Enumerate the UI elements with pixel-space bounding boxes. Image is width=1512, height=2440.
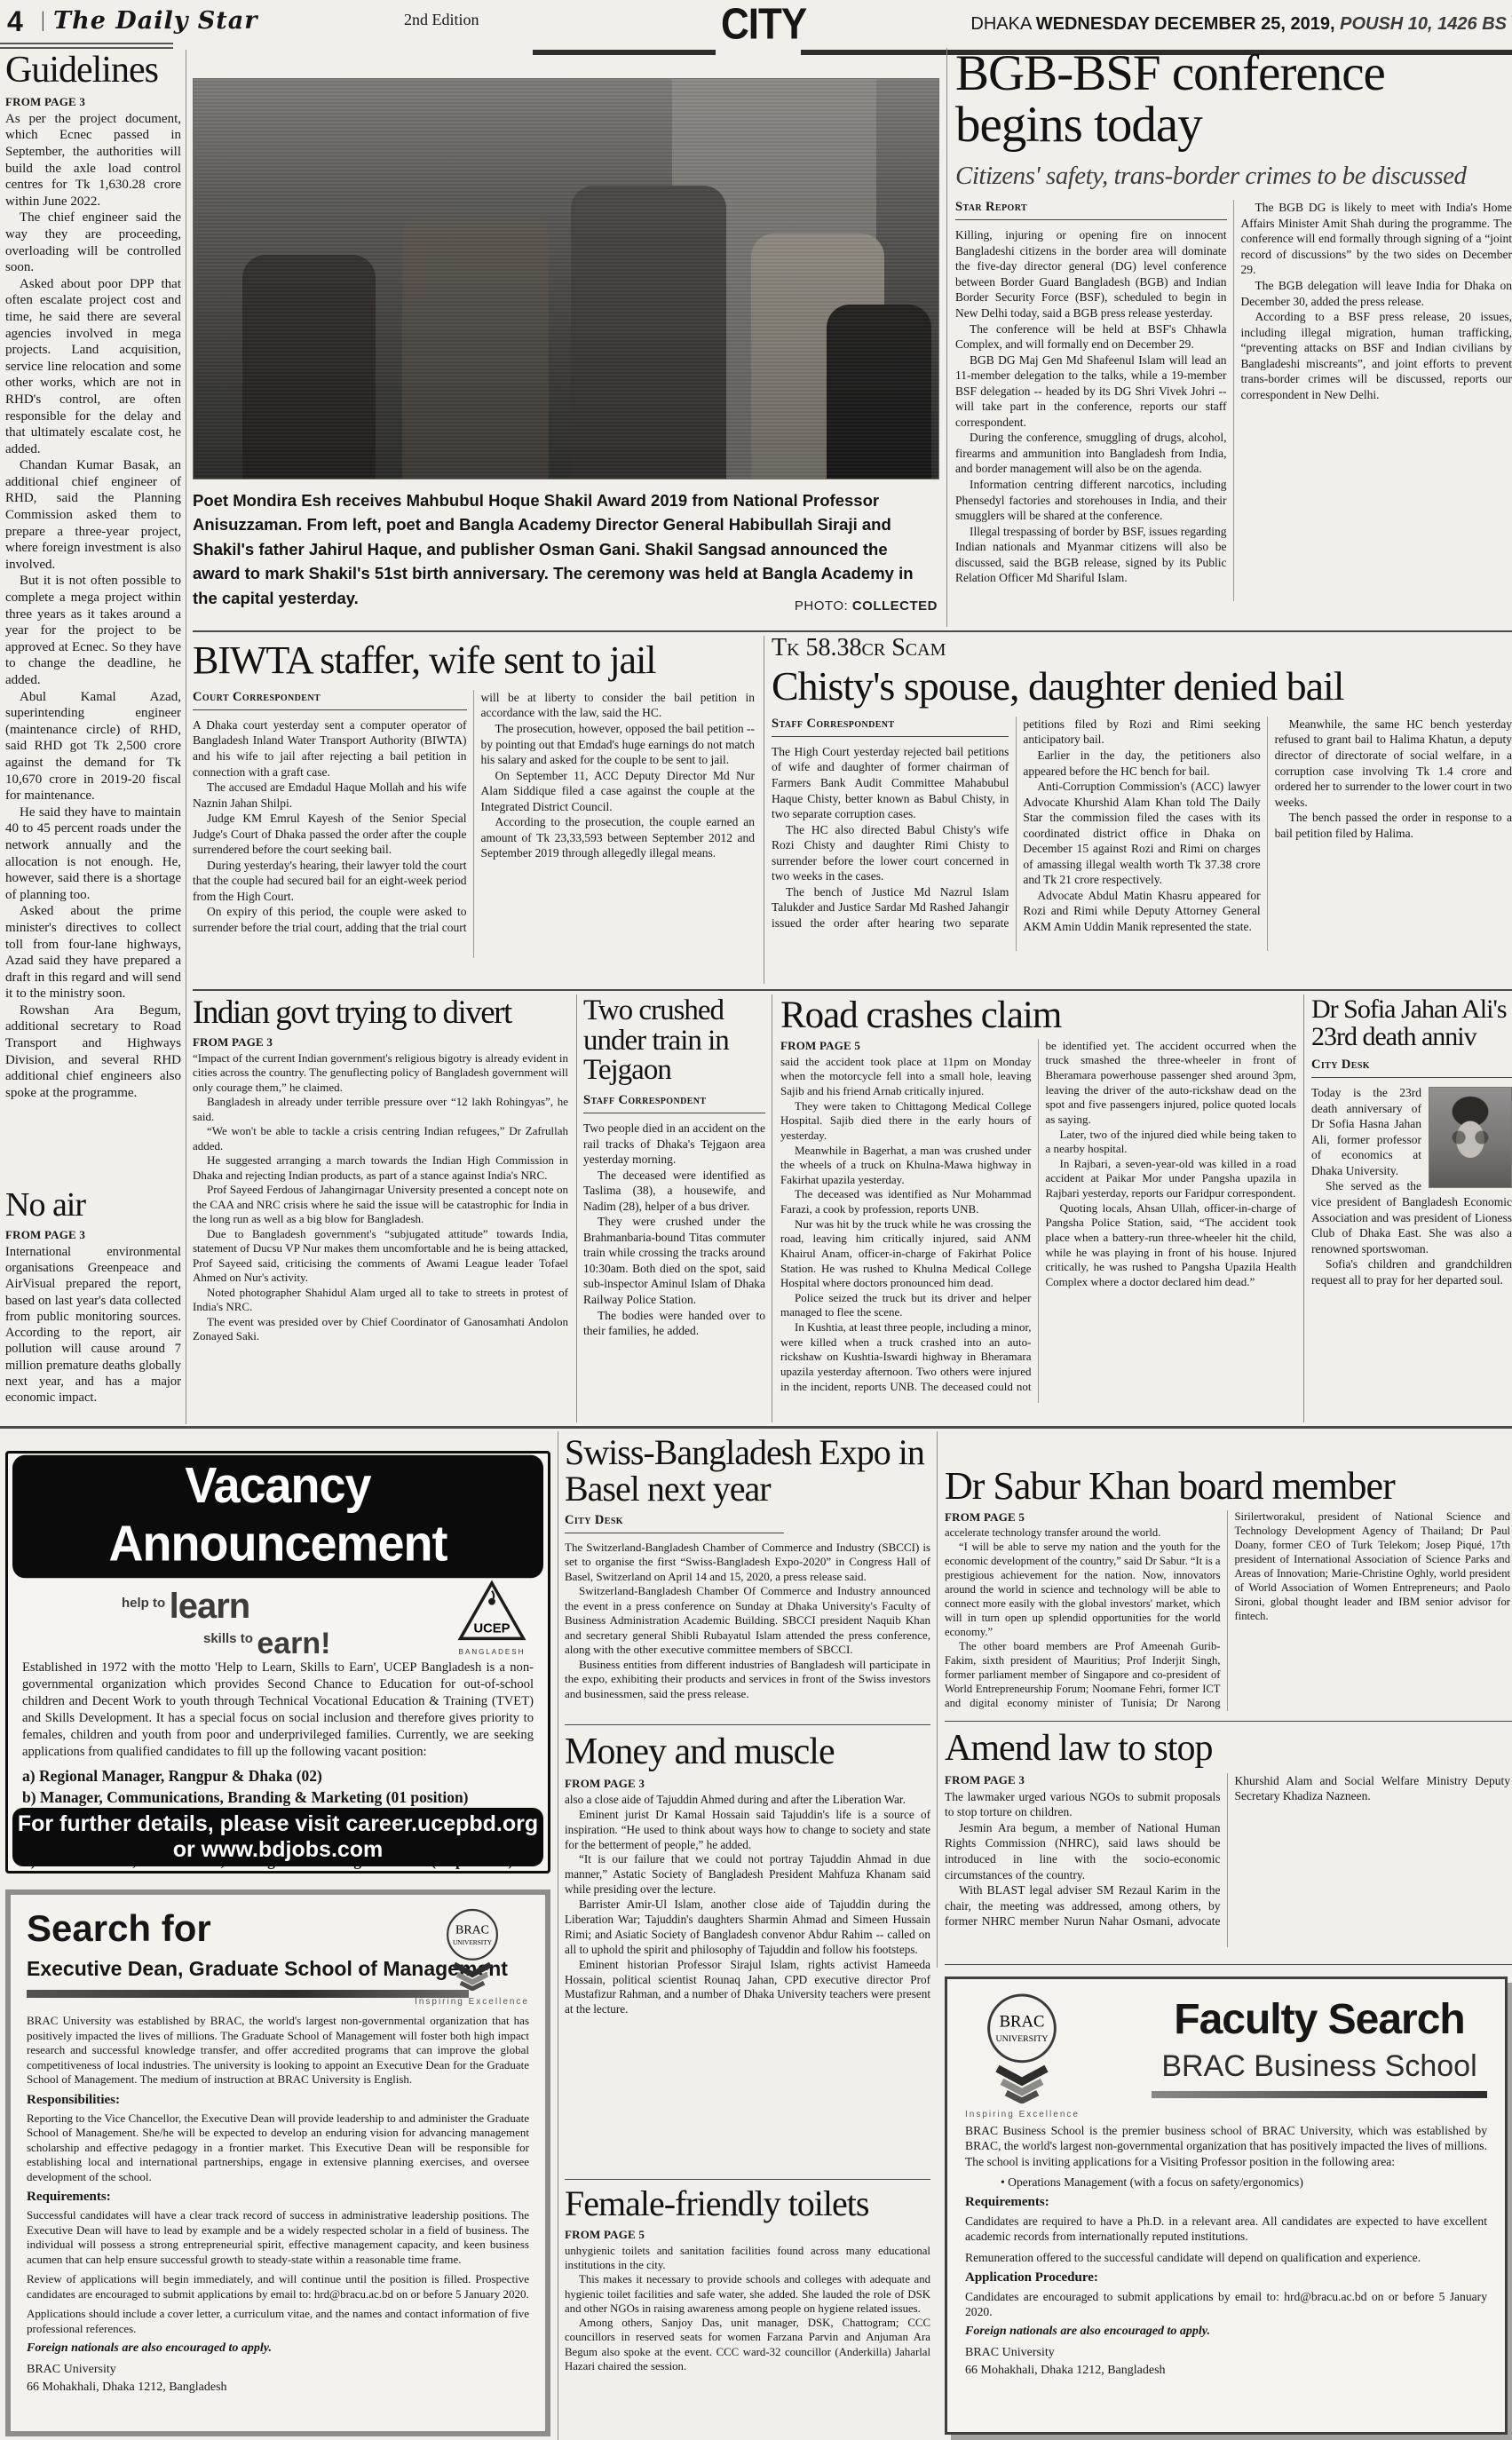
article-body: Two people died in an accident on the ra… <box>583 1121 765 1339</box>
article-female-toilets: Female-friendly toilets FROM PAGE 5 unhy… <box>565 2186 930 2438</box>
article-road-crashes: Road crashes claim FROM PAGE 5 said the … <box>780 996 1296 1421</box>
paragraph: The bodies were handed over to their fam… <box>583 1308 765 1339</box>
paragraph: According to a BSF press release, 20 iss… <box>1241 309 1512 402</box>
ad-title: Faculty Search <box>1152 1995 1487 2044</box>
paragraph: Judge KM Emrul Kayesh of the Senior Spec… <box>193 811 467 858</box>
article-no-air: No air FROM PAGE 3 International environ… <box>5 1188 181 1419</box>
brac-university-logo: BRAC UNIVERSITY Inspiring Excellence <box>415 1907 529 2007</box>
masthead-rule <box>0 43 173 49</box>
section-rule <box>193 989 1512 991</box>
paragraph: said the accident took place at 11pm on … <box>780 1055 1032 1099</box>
article-bgb-bsf: BGB-BSF conference begins today Citizens… <box>955 48 1512 627</box>
paragraph: During the conference, smuggling of drug… <box>955 430 1227 477</box>
paragraph: Asked about the prime minister's directi… <box>5 903 181 1002</box>
paragraph: Advocate Abdul Matin Khasru appeared for… <box>1023 888 1260 935</box>
ad-paragraph: Candidates are required to have a Ph.D. … <box>965 2214 1487 2245</box>
paragraph: She served as the vice president of Bang… <box>1311 1178 1512 1256</box>
paragraph-list: accelerate technology transfer around th… <box>945 1510 1510 1711</box>
paragraph: He said they have to maintain 40 to 45 p… <box>5 804 181 904</box>
paragraph: Eminent historian Professor Sirajul Isla… <box>565 1958 930 2018</box>
masthead-divider: | <box>41 9 45 33</box>
logo-text: skills to <box>203 1631 253 1646</box>
paragraph: The Switzerland-Bangladesh Chamber of Co… <box>565 1541 930 1585</box>
section-rule-left <box>533 50 716 55</box>
article-body: Star Report Killing, injuring or opening… <box>955 200 1512 601</box>
logo-text: earn! <box>257 1627 330 1660</box>
paragraph-list: The High Court yesterday rejected bail p… <box>772 717 1512 951</box>
article-body: FROM PAGE 5 accelerate technology transf… <box>945 1510 1510 1711</box>
ad-logo-row: help to learn skills to earn! UCEP BANGL… <box>24 1580 532 1656</box>
ucep-vacancy-ad: Vacancy Announcement help to learn skill… <box>5 1451 550 1874</box>
frompage-label: FROM PAGE 3 <box>945 1773 1221 1787</box>
caption-text: Poet Mondira Esh receives Mahbubul Hoque… <box>193 491 914 607</box>
paragraph: The event was presided over by Chief Coo… <box>193 1315 568 1344</box>
ad-header: BRAC UNIVERSITY Inspiring Excellence Fac… <box>965 1990 1487 2123</box>
paragraph: The accused are Emdadul Haque Mollah and… <box>193 780 467 811</box>
section-rule <box>0 1426 1512 1429</box>
paragraph: Anti-Corruption Commission's (ACC) lawye… <box>1023 779 1260 888</box>
paragraph: Sofia's children and grandchildren reque… <box>1311 1256 1512 1287</box>
brac-university-logo: BRAC UNIVERSITY Inspiring Excellence <box>965 1992 1080 2119</box>
photo-credit-value: COLLECTED <box>852 598 938 614</box>
headline: Money and muscle <box>565 1733 930 1771</box>
article-body: FROM PAGE 3 The lawmaker urged various N… <box>945 1773 1510 1947</box>
article-body: Court Correspondent A Dhaka court yester… <box>193 690 755 958</box>
column-rule <box>186 50 186 1424</box>
subheadline: Citizens' safety, trans-border crimes to… <box>955 162 1512 191</box>
brac-logo-tagline: Inspiring Excellence <box>415 1997 529 2007</box>
brac-dean-ad: Search for Executive Dean, Graduate Scho… <box>5 1889 550 2436</box>
ad-paragraph: Reporting to the Vice Chancellor, the Ex… <box>27 2111 529 2185</box>
section-rule <box>945 1721 1512 1722</box>
paragraph: Killing, injuring or opening fire on inn… <box>955 227 1227 321</box>
paragraph: The BGB DG is likely to meet with India'… <box>1241 200 1512 278</box>
byline: Staff Correspondent <box>583 1093 765 1113</box>
article-two-crushed: Two crushed under train in Tejgaon Staff… <box>583 996 765 1421</box>
headline: Dr Sabur Khan board member <box>945 1467 1510 1507</box>
ad-body: BRAC University was established by BRAC,… <box>27 2014 529 2396</box>
ad-heading: Requirements: <box>965 2195 1487 2210</box>
headline: Dr Sofia Jahan Ali's 23rd death anniv <box>1311 996 1512 1050</box>
paragraph: Noted photographer Shahidul Alam urged a… <box>193 1286 568 1315</box>
column-rule <box>946 48 947 627</box>
paragraph: “Impact of the current Indian government… <box>193 1051 568 1096</box>
ad-divider-bar <box>1152 2091 1487 2098</box>
headline: Two crushed under train in Tejgaon <box>583 996 765 1086</box>
paragraph: According to the prosecution, the couple… <box>481 814 756 861</box>
headline: Female-friendly toilets <box>565 2186 930 2222</box>
paragraph: The High Court yesterday rejected bail p… <box>772 744 1009 822</box>
ad-header: Search for Executive Dean, Graduate Scho… <box>27 1907 529 2014</box>
article-body: As per the project document, which Ecnec… <box>5 111 181 1102</box>
paragraph: Eminent jurist Dr Kamal Hossain said Taj… <box>565 1808 930 1853</box>
column-rule <box>937 1431 938 1968</box>
paragraph: Quoting locals, Ahsan Ullah, officer-in-… <box>1046 1201 1297 1290</box>
paragraph: Meanwhile, the same HC bench yesterday r… <box>1275 717 1512 810</box>
paragraph: Prof Sayeed Ferdous of Jahangirnagar Uni… <box>193 1183 568 1227</box>
paragraph: But it is not often possible to complete… <box>5 573 181 688</box>
ucep-triangle-icon: UCEP <box>457 1580 526 1644</box>
ucep-logo-subtext: BANGLADESH <box>457 1648 526 1656</box>
paragraph: “It is our failure that we could not por… <box>565 1852 930 1897</box>
article-guidelines: Guidelines FROM PAGE 3 As per the projec… <box>5 51 181 1176</box>
paragraph: The deceased was identified as Nur Moham… <box>780 1187 1032 1216</box>
frompage-label: FROM PAGE 3 <box>5 1228 181 1242</box>
column-rule <box>764 636 764 984</box>
paragraph: The BGB delegation will leave India for … <box>1241 278 1512 309</box>
ad-paragraph: Review of applications will begin immedi… <box>27 2272 529 2301</box>
byline: Star Report <box>955 200 1227 220</box>
paragraph-list: Killing, injuring or opening fire on inn… <box>955 200 1512 601</box>
paragraph: The HC also directed Babul Chisty's wife… <box>772 822 1009 884</box>
foreign-nationals-note: Foreign nationals are also encouraged to… <box>965 2325 1487 2339</box>
paragraph: “We won't be able to tackle a crisis cen… <box>193 1124 568 1153</box>
byline: City Desk <box>565 1513 784 1533</box>
paragraph: Illegal trespassing of border by BSF, is… <box>955 524 1227 586</box>
ad-divider-bar <box>27 1990 469 1998</box>
article-body: “Impact of the current Indian government… <box>193 1051 568 1344</box>
ad-paragraph: BRAC University was established by BRAC,… <box>27 2014 529 2087</box>
column-rule <box>558 1431 558 2440</box>
svg-text:BRAC: BRAC <box>455 1923 489 1937</box>
article-indian-govt: Indian govt trying to divert FROM PAGE 3… <box>193 996 568 1421</box>
article-body: Staff Correspondent The High Court yeste… <box>772 717 1512 951</box>
headline: Road crashes claim <box>780 996 1296 1035</box>
byline: Staff Correspondent <box>772 717 1009 737</box>
paragraph: He suggested arranging a march towards t… <box>193 1153 568 1183</box>
photo-credit: PHOTO: COLLECTED <box>795 597 938 616</box>
headline: BIWTA staffer, wife sent to jail <box>193 641 755 681</box>
headline: Swiss-Bangladesh Expo in Basel next year <box>565 1435 930 1508</box>
brac-faculty-ad: BRAC UNIVERSITY Inspiring Excellence Fac… <box>945 1977 1508 2435</box>
paragraph: Information centring different narcotics… <box>955 477 1227 524</box>
ad-subtitle: BRAC Business School <box>1152 2049 1487 2084</box>
ad-heading: Requirements: <box>27 2190 529 2205</box>
paragraph: The prosecution, however, opposed the ba… <box>481 721 756 768</box>
paragraph: also a close aide of Tajuddin Ahmed duri… <box>565 1793 930 1808</box>
paragraph: They were taken to Chittagong Medical Co… <box>780 1099 1032 1144</box>
svg-text:UNIVERSITY: UNIVERSITY <box>453 1938 493 1946</box>
section-rule <box>565 2179 930 2180</box>
award-ceremony-photo <box>193 78 939 479</box>
paragraph: Police seized the truck but its driver a… <box>780 1291 1032 1320</box>
paragraph-list: The lawmaker urged various NGOs to submi… <box>945 1773 1510 1947</box>
org-name: BRAC University <box>965 2344 1487 2362</box>
paragraph: The chief engineer said the way they are… <box>5 210 181 275</box>
paragraph: “I will be able to serve my nation and t… <box>945 1541 1221 1640</box>
ad-heading: Responsibilities: <box>27 2093 529 2108</box>
dateline: DHAKA WEDNESDAY DECEMBER 25, 2019, POUSH… <box>970 14 1507 35</box>
frompage-label: FROM PAGE 5 <box>945 1510 1221 1525</box>
paragraph: a) Regional Manager, Rangpur & Dhaka (02… <box>22 1766 534 1787</box>
photo-credit-label: PHOTO: <box>795 598 848 614</box>
brac-logo-icon: BRAC UNIVERSITY <box>970 1992 1074 2103</box>
org-name: BRAC University <box>27 2361 529 2379</box>
svg-text:BRAC: BRAC <box>1000 2012 1045 2031</box>
column-rule <box>772 994 772 1422</box>
article-sofia-anniv: Dr Sofia Jahan Ali's 23rd death anniv Ci… <box>1311 996 1512 1421</box>
edition-label: 2nd Edition <box>404 11 479 29</box>
headline: Guidelines <box>5 51 181 90</box>
paragraph: During yesterday's hearing, their lawyer… <box>193 858 467 905</box>
column-rule <box>1303 994 1304 1422</box>
headline: No air <box>5 1188 181 1223</box>
paragraph: A Dhaka court yesterday sent a computer … <box>193 717 467 780</box>
sofia-portrait-photo <box>1429 1087 1512 1188</box>
page-number: 4 <box>7 5 23 38</box>
byline: City Desk <box>1311 1058 1512 1078</box>
article-swiss-expo: Swiss-Bangladesh Expo in Basel next year… <box>565 1435 930 1721</box>
paragraph: Business entities from different industr… <box>565 1658 930 1702</box>
headline: Indian govt trying to divert <box>193 996 568 1030</box>
paragraph: unhygienic toilets and sanitation facili… <box>565 2244 930 2273</box>
frompage-label: FROM PAGE 5 <box>780 1039 1032 1053</box>
paragraph-list: said the accident took place at 11pm on … <box>780 1039 1296 1403</box>
section-rule <box>565 1724 930 1725</box>
kicker: Tk 58.38cr Scam <box>772 636 1512 661</box>
headline: BGB-BSF conference begins today <box>955 48 1512 151</box>
paragraph: b) Manager, Communications, Branding & M… <box>22 1787 534 1809</box>
learn-earn-logo: help to learn skills to earn! <box>122 1587 330 1661</box>
article-amend-law: Amend law to stop FROM PAGE 3 The lawmak… <box>945 1730 1510 1959</box>
org-address: 66 Mohakhali, Dhaka 1212, Bangladesh <box>965 2362 1487 2380</box>
newspaper-page: 4 | The Daily Star 2nd Edition CITY DHAK… <box>0 0 1512 2440</box>
paragraph: Among others, Sanjoy Das, unit manager, … <box>565 2316 930 2373</box>
svg-text:UCEP: UCEP <box>474 1621 511 1636</box>
paragraph-list: A Dhaka court yesterday sent a computer … <box>193 690 755 958</box>
logo-text: learn <box>170 1587 250 1626</box>
photo-grain <box>194 79 938 479</box>
frompage-label: FROM PAGE 3 <box>565 1777 930 1791</box>
section-rule <box>945 1964 1512 1965</box>
article-body: International environmental organisation… <box>5 1244 181 1406</box>
article-body: also a close aide of Tajuddin Ahmed duri… <box>565 1793 930 2017</box>
paragraph: Abul Kamal Azad, superintending engineer… <box>5 689 181 804</box>
ad-banner: Vacancy Announcement <box>12 1455 543 1579</box>
ad-paragraph: Candidates are encouraged to submit appl… <box>965 2289 1487 2320</box>
brac-logo-icon: BRAC UNIVERSITY <box>433 1907 511 1991</box>
section-rule <box>193 630 1512 632</box>
headline: Amend law to stop <box>945 1730 1510 1768</box>
paragraph: The bench passed the order in response t… <box>1275 810 1512 841</box>
ad-paragraph: Remuneration offered to the successful c… <box>965 2250 1487 2265</box>
ad-paragraph: BRAC Business School is the premier busi… <box>965 2123 1487 2169</box>
paragraph: International environmental organisation… <box>5 1244 181 1406</box>
frompage-label: FROM PAGE 3 <box>5 95 181 109</box>
paragraph: Jesmin Ara begum, a member of National H… <box>945 1820 1221 1882</box>
paragraph: On September 11, ACC Deputy Director Md … <box>481 768 756 815</box>
paragraph: accelerate technology transfer around th… <box>945 1526 1221 1541</box>
paragraph: Bangladesh in already under terrible pre… <box>193 1095 568 1124</box>
article-money-muscle: Money and muscle FROM PAGE 3 also a clos… <box>565 1733 930 2174</box>
frompage-label: FROM PAGE 3 <box>193 1035 568 1050</box>
dateline-bangla: POUSH 10, 1426 BS <box>1340 14 1507 34</box>
article-body: The Switzerland-Bangladesh Chamber of Co… <box>565 1541 930 1702</box>
svg-text:UNIVERSITY: UNIVERSITY <box>996 2034 1049 2044</box>
paragraph: Meanwhile in Bagerhat, a man was crushed… <box>780 1144 1032 1188</box>
ad-bullet-item: Operations Management (with a focus on s… <box>965 2175 1487 2190</box>
paragraph: Chandan Kumar Basak, an additional chief… <box>5 457 181 573</box>
paragraph: Asked about poor DPP that often escalate… <box>5 276 181 458</box>
paragraph: The deceased were identified as Taslima … <box>583 1168 765 1215</box>
paragraph: Barrister Amir-Ul Islam, another close a… <box>565 1897 930 1958</box>
logo-text: help to <box>122 1596 165 1611</box>
brac-logo-tagline: Inspiring Excellence <box>965 2110 1080 2119</box>
ad-paragraph: Applications should include a cover lett… <box>27 2307 529 2336</box>
article-chisty: Tk 58.38cr Scam Chisty's spouse, daughte… <box>772 636 1512 984</box>
paragraph: The conference will be held at BSF's Chh… <box>955 321 1227 353</box>
ucep-logo: UCEP BANGLADESH <box>457 1580 526 1656</box>
paragraph: BGB DG Maj Gen Md Shafeenul Islam will l… <box>955 353 1227 431</box>
dateline-date: WEDNESDAY DECEMBER 25, 2019, <box>1036 14 1335 34</box>
paragraph: The lawmaker urged various NGOs to submi… <box>945 1789 1221 1820</box>
paragraph: They were crushed under the Brahmanbaria… <box>583 1214 765 1307</box>
paragraph: In Rajbari, a seven-year-old was killed … <box>1046 1157 1297 1201</box>
org-address: 66 Mohakhali, Dhaka 1212, Bangladesh <box>27 2379 529 2396</box>
ad-heading: Application Procedure: <box>965 2270 1487 2286</box>
paragraph: Later, two of the injured died while bei… <box>1046 1128 1297 1157</box>
paragraph: Rowshan Ara Begum, additional secretary … <box>5 1002 181 1102</box>
frompage-label: FROM PAGE 5 <box>565 2228 930 2242</box>
paragraph: Due to Bangladesh government's “subjugat… <box>193 1227 568 1286</box>
ad-intro: Established in 1972 with the motto 'Help… <box>22 1660 534 1761</box>
paragraph: Earlier in the day, the petitioners also… <box>1023 748 1260 779</box>
paragraph: This makes it necessary to provide schoo… <box>565 2272 930 2316</box>
article-body: unhygienic toilets and sanitation facili… <box>565 2244 930 2373</box>
paragraph: Two people died in an accident on the ra… <box>583 1121 765 1168</box>
dateline-city: DHAKA <box>970 14 1031 34</box>
column-rule <box>576 994 577 1422</box>
article-biwta: BIWTA staffer, wife sent to jail Court C… <box>193 641 755 984</box>
ad-paragraph: Successful candidates will have a clear … <box>27 2208 529 2267</box>
article-sabur-khan: Dr Sabur Khan board member FROM PAGE 5 a… <box>945 1467 1510 1719</box>
ad-footer-bar: For further details, please visit career… <box>12 1808 543 1866</box>
article-body: FROM PAGE 5 said the accident took place… <box>780 1039 1296 1403</box>
photo-caption: Poet Mondira Esh receives Mahbubul Hoque… <box>193 488 939 622</box>
foreign-nationals-note: Foreign nationals are also encouraged to… <box>27 2341 529 2356</box>
paragraph: Switzerland-Bangladesh Chamber Of Commer… <box>565 1584 930 1658</box>
byline: Court Correspondent <box>193 690 467 710</box>
paper-name: The Daily Star <box>53 7 258 35</box>
ad-body: BRAC Business School is the premier busi… <box>965 2123 1487 2379</box>
paragraph: e) Senior Officer, Software Development,… <box>22 1872 534 1874</box>
headline: Chisty's spouse, daughter denied bail <box>772 666 1512 708</box>
paragraph: Nur was hit by the truck while he was cr… <box>780 1217 1032 1291</box>
section-title: CITY <box>721 0 806 50</box>
paragraph: As per the project document, which Ecnec… <box>5 111 181 210</box>
